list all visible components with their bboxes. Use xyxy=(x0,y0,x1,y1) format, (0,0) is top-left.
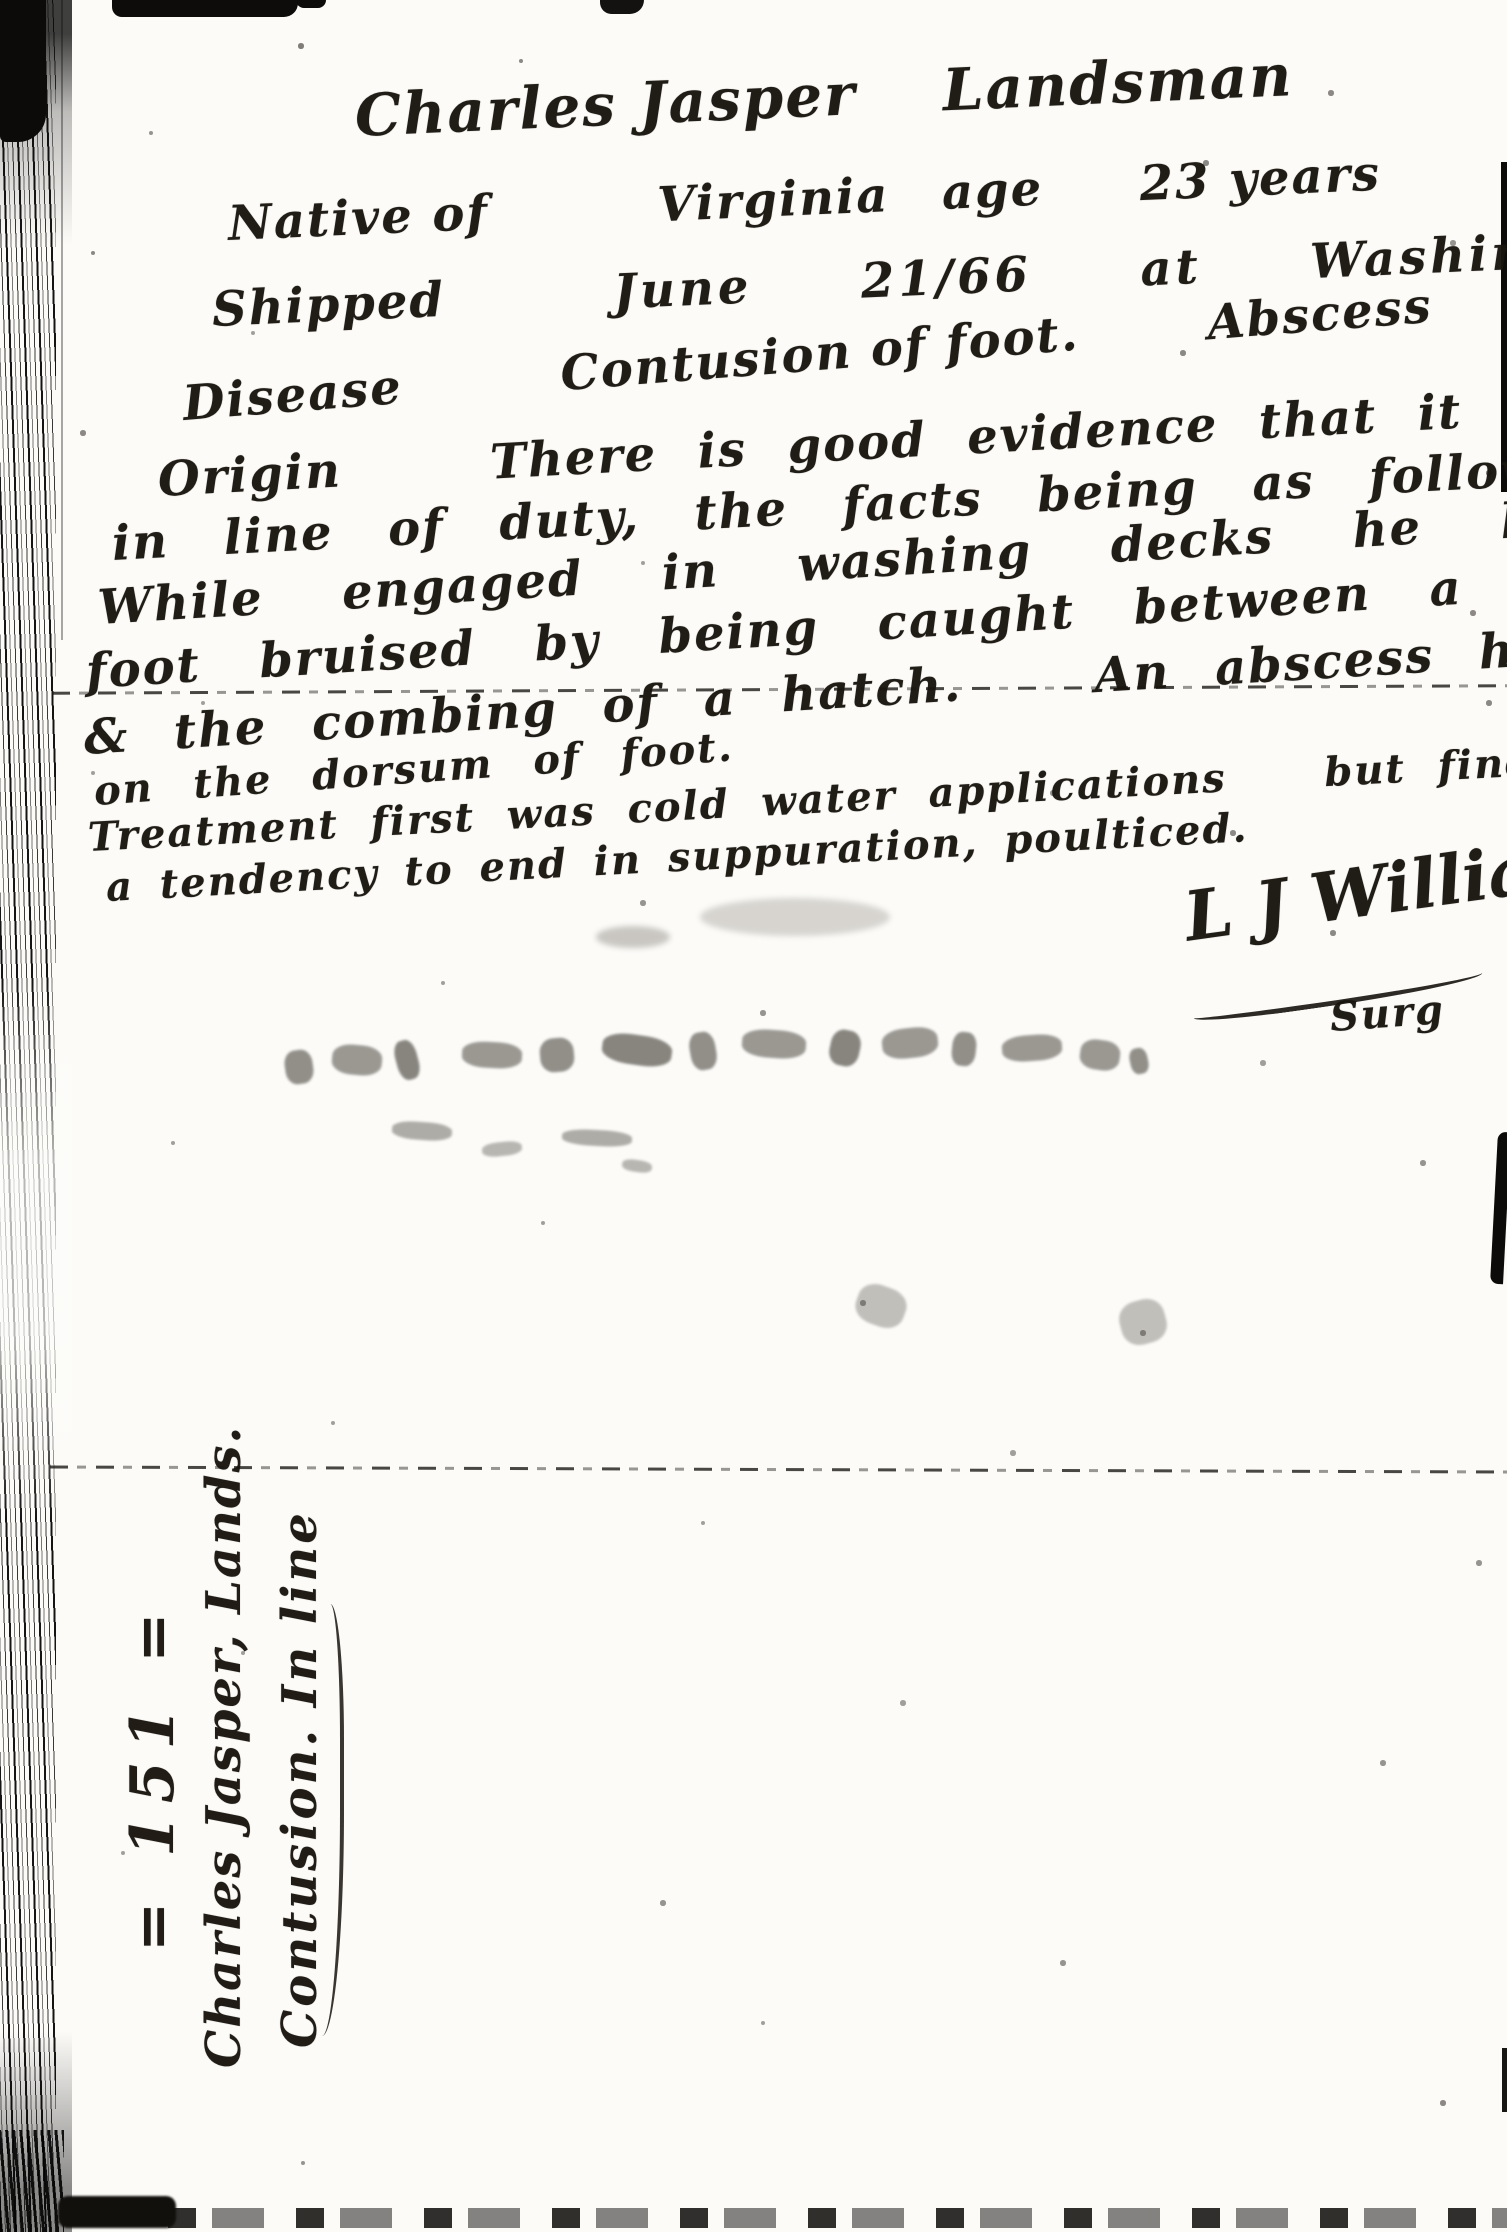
ink-smudge-small xyxy=(596,926,670,948)
age-label: age xyxy=(941,160,1045,220)
disease-value: Contusion of foot. xyxy=(558,306,1081,403)
bottom-edge-ink-blob xyxy=(58,2196,176,2228)
docket-patient-name: Charles Jasper, Lands. xyxy=(196,1425,252,2068)
docket-case-number: = 151 = xyxy=(118,1600,188,1952)
treatment-text-1b: but find xyxy=(1323,738,1507,796)
paper-specks xyxy=(0,0,2,2)
torn-corner-top-left xyxy=(0,0,46,142)
scanned-document-page: Charles Jasper Landsman Native of Virgin… xyxy=(0,0,1507,2232)
torn-corner-bottom-left xyxy=(0,2130,64,2232)
torn-page-remnant xyxy=(112,0,298,17)
top-edge-ink-mark xyxy=(600,0,644,14)
docket-diagnosis: Contusion. In line xyxy=(272,1510,328,2048)
native-value: Virginia xyxy=(656,167,890,233)
origin-label: Origin xyxy=(157,442,344,508)
ink-smudge xyxy=(700,898,890,936)
surgeon-title: Surg xyxy=(1328,986,1446,1041)
page-crease-line xyxy=(61,0,63,640)
right-edge-sliver-lower xyxy=(1502,2048,1507,2112)
bottom-edge-speckle-band xyxy=(168,2208,1507,2228)
torn-page-remnant-small xyxy=(296,0,326,8)
right-edge-ink-blot xyxy=(1490,1132,1507,1284)
native-line: Native of Virginia age 23 years xyxy=(227,146,1382,252)
entry-title-line: Charles Jasper Landsman xyxy=(354,41,1295,150)
disease-label: Disease xyxy=(181,359,405,432)
age-value: 23 years xyxy=(1138,146,1382,212)
shipped-label: Shipped xyxy=(211,272,446,338)
patient-rating: Landsman xyxy=(941,41,1294,124)
ruled-line-lower xyxy=(50,1465,1507,1473)
patient-name: Charles Jasper xyxy=(354,60,858,150)
native-label: Native of xyxy=(227,185,490,252)
docket-flourish xyxy=(322,1604,344,2036)
